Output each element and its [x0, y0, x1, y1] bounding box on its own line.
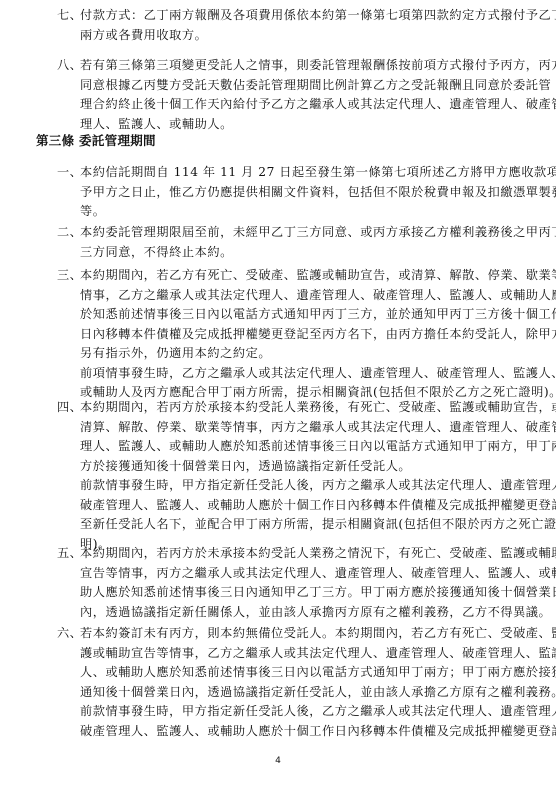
clause-line: 本約信託期間自 114 年 11 月 27 日起至發生第一條第七項所述乙方將甲方… — [80, 163, 522, 183]
clause-number: 一、 — [57, 163, 82, 183]
clause-item-8: 八、 若有第三條第三項變更受託人之情事，則委託管理報酬係按前項方式撥付予丙方，丙… — [57, 56, 522, 134]
clause-line: 情事，乙方之繼承人或其法定代理人、遺產管理人、破產管理人、監護人、或輔助人應 — [80, 286, 522, 306]
clause-line: 兩方或各費用收取方。 — [80, 26, 522, 46]
section-item-2: 二、 本約委託管理期限屆至前，未經甲乙丁三方同意、或丙方承接乙方權利義務後之甲丙… — [57, 223, 522, 262]
section-item-5: 五、 本約期間內，若丙方於未承接本約受託人業務之情況下，有死亡、受破產、監護或輔… — [57, 544, 522, 622]
clause-line: 破產管理人、監護人、或輔助人應於十個工作日內移轉本件債權及完成抵押權變更登記 — [80, 722, 522, 742]
section-item-1: 一、 本約信託期間自 114 年 11 月 27 日起至發生第一條第七項所述乙方… — [57, 163, 522, 222]
clause-line: 破產管理人、監護人、或輔助人應於十個工作日內移轉本件債權及完成抵押權變更登記 — [80, 496, 522, 516]
clause-line: 至新任受託人名下，並配合甲丁兩方所需，提示相關資訊(包括但不限於丙方之死亡證 — [80, 515, 522, 535]
clause-line: 同意根據乙丙雙方受託天數佔委託管理期間比例計算乙方之受託報酬且同意於委託管 — [80, 76, 522, 96]
clause-line: 內，透過協議指定新任關係人，並由該人承擔丙方原有之權利義務，乙方不得異議。 — [80, 603, 522, 623]
clause-line: 人、或輔助人應於知悉前述情事後三日內以電話方式通知甲丁兩方；甲丁兩方應於接獲 — [80, 663, 522, 683]
clause-line: 清算、解散、停業、歇業等情事，丙方之繼承人或其法定代理人、遺產管理人、破產管 — [80, 418, 522, 438]
clause-line: 理合約終止後十個工作天內給付予乙方之繼承人或其法定代理人、遺產管理人、破產管 — [80, 95, 522, 115]
section-item-4: 四、 本約期間內，若丙方於承接本約受託人業務後，有死亡、受破產、監護或輔助宣告，… — [57, 398, 522, 554]
clause-line: 前款情事發生時，甲方指定新任受託人後，乙方之繼承人或其法定代理人、遺產管理人、 — [80, 702, 522, 722]
clause-line: 另有指示外，仍適用本約之約定。 — [80, 344, 522, 364]
clause-line: 本約期間內，若乙方有死亡、受破產、監護或輔助宣告，或清算、解散、停業、歇業等 — [80, 266, 522, 286]
clause-line: 若有第三條第三項變更受託人之情事，則委託管理報酬係按前項方式撥付予丙方，丙方 — [80, 56, 522, 76]
clause-number: 七、 — [57, 6, 82, 26]
clause-line: 付款方式：乙丁兩方報酬及各項費用係依本約第一條第七項第四款約定方式撥付予乙丁 — [80, 6, 522, 26]
section-item-6: 六、 若本約簽訂未有丙方，則本約無備位受託人。本約期間內，若乙方有死亡、受破產、… — [57, 624, 522, 741]
clause-line: 若本約簽訂未有丙方，則本約無備位受託人。本約期間內，若乙方有死亡、受破產、監 — [80, 624, 522, 644]
clause-line: 通知後十個營業日內，透過協議指定新任受託人，並由該人承擔乙方原有之權利義務。 — [80, 683, 522, 703]
clause-number: 八、 — [57, 56, 82, 76]
clause-number: 五、 — [57, 544, 82, 564]
clause-line: 等。 — [80, 202, 522, 222]
clause-line: 本約委託管理期限屆至前，未經甲乙丁三方同意、或丙方承接乙方權利義務後之甲丙丁 — [80, 223, 522, 243]
section-item-3: 三、 本約期間內，若乙方有死亡、受破產、監護或輔助宣告，或清算、解散、停業、歇業… — [57, 266, 522, 403]
page-number: 4 — [0, 755, 556, 767]
section-title: 第三條 委託管理期間 — [36, 132, 156, 150]
clause-line: 護或輔助宣告等情事，乙方之繼承人或其法定代理人、遺產管理人、破產管理人、監護 — [80, 644, 522, 664]
clause-line: 宣告等情事，丙方之繼承人或其法定代理人、遺產管理人、破產管理人、監護人、或輔 — [80, 564, 522, 584]
clause-line: 助人應於知悉前述情事後三日內通知甲乙丁三方。甲丁兩方應於接獲通知後十個營業日 — [80, 583, 522, 603]
clause-line: 前項情事發生時，乙方之繼承人或其法定代理人、遺產管理人、破產管理人、監護人、 — [80, 364, 522, 384]
clause-number: 六、 — [57, 624, 82, 644]
clause-line: 予甲方之日止，惟乙方仍應提供相關文件資料，包括但不限於稅費申報及扣繳憑單製發 — [80, 183, 522, 203]
clause-number: 三、 — [57, 266, 82, 286]
clause-number: 四、 — [57, 398, 82, 418]
clause-number: 二、 — [57, 223, 82, 243]
clause-line: 三方同意，不得終止本約。 — [80, 243, 522, 263]
clause-line: 日內移轉本件債權及完成抵押權變更登記至丙方名下，由丙方擔任本約受託人，除甲方 — [80, 325, 522, 345]
clause-line: 理人、監護人、或輔助人應於知悉前述情事後三日內以電話方式通知甲丁兩方，甲丁兩 — [80, 437, 522, 457]
clause-line: 於知悉前述情事後三日內以電話方式通知甲丙丁三方，並於通知甲丙丁三方後十個工作 — [80, 305, 522, 325]
clause-line: 方於接獲通知後十個營業日內，透過協議指定新任受託人。 — [80, 457, 522, 477]
clause-line: 前款情事發生時，甲方指定新任受託人後，丙方之繼承人或其法定代理人、遺產管理人、 — [80, 476, 522, 496]
clause-item-7: 七、 付款方式：乙丁兩方報酬及各項費用係依本約第一條第七項第四款約定方式撥付予乙… — [57, 6, 522, 45]
clause-line: 本約期間內，若丙方於未承接本約受託人業務之情況下，有死亡、受破產、監護或輔助 — [80, 544, 522, 564]
clause-line: 本約期間內，若丙方於承接本約受託人業務後，有死亡、受破產、監護或輔助宣告，或 — [80, 398, 522, 418]
document-page: 七、 付款方式：乙丁兩方報酬及各項費用係依本約第一條第七項第四款約定方式撥付予乙… — [0, 0, 556, 796]
